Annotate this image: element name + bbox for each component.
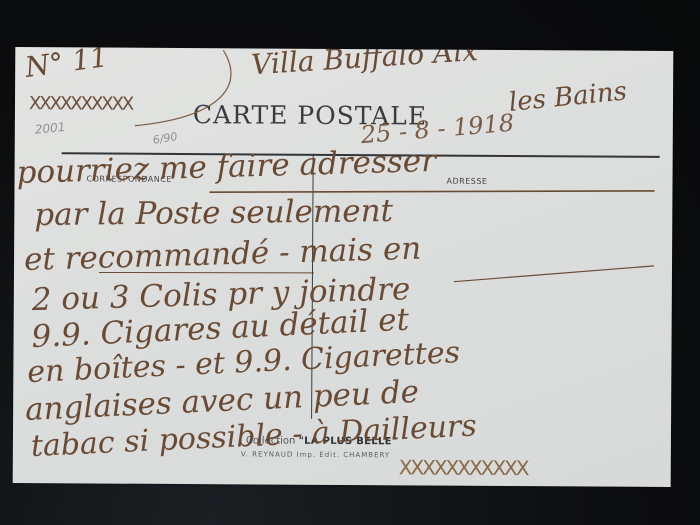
handwritten-crosses-bottom: XXXXXXXXXXX: [399, 455, 528, 480]
handwritten-crosses-top: XXXXXXXXXX: [29, 93, 132, 115]
message-line-2: par la Poste seulement: [34, 193, 393, 233]
postcard: CARTE POSTALE CORRESPONDANCE ADRESSE Col…: [13, 47, 674, 487]
